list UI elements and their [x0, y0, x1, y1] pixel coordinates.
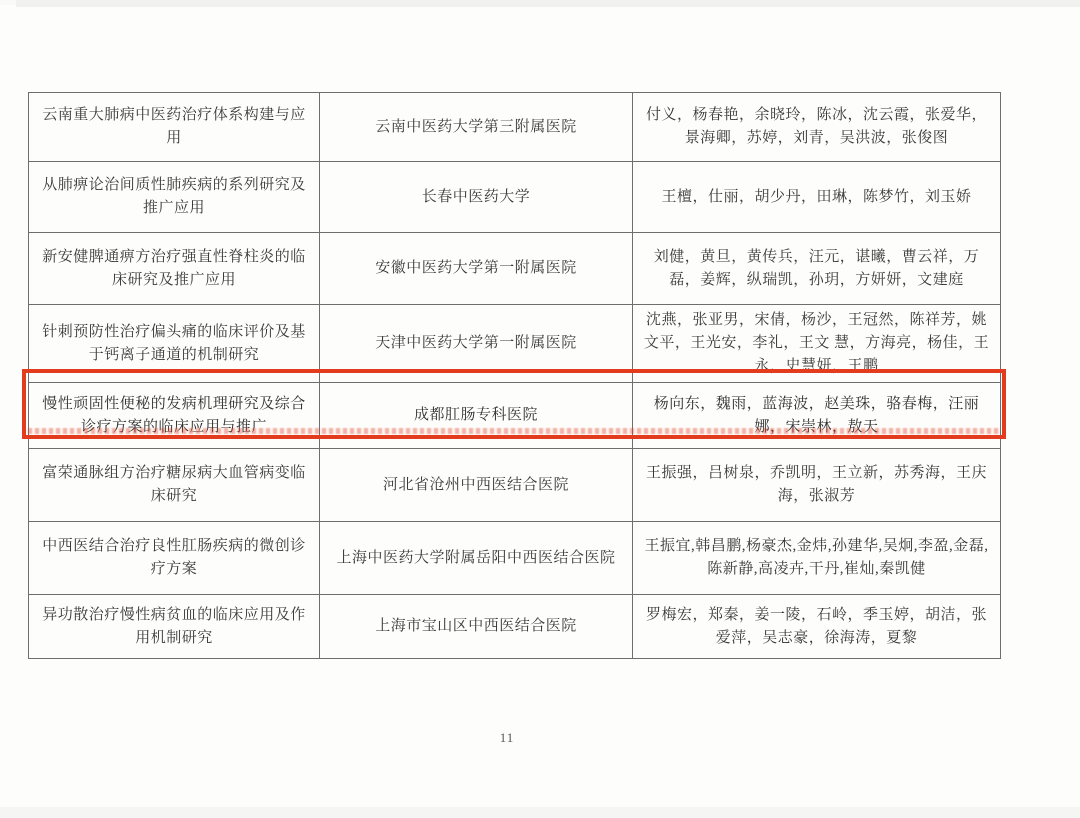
organization-cell: 河北省沧州中西医结合医院 [320, 449, 633, 522]
award-table: 云南重大肺病中医药治疗体系构建与应用 云南中医药大学第三附属医院 付义，杨春艳，… [28, 92, 1001, 659]
members-cell: 王振宜,韩昌鹏,杨豪杰,金炜,孙建华,吴炯,李盈,金磊,陈新静,高凌卉,干丹,崔… [633, 522, 1001, 595]
organization-cell: 上海市宝山区中西医结合医院 [320, 595, 633, 659]
organization-cell: 长春中医药大学 [320, 162, 633, 233]
members-cell: 付义，杨春艳，余晓玲，陈冰，沈云霞，张爱华，景海卿，苏婷，刘青，吴洪波，张俊图 [633, 93, 1001, 162]
award-table-container: 云南重大肺病中医药治疗体系构建与应用 云南中医药大学第三附属医院 付义，杨春艳，… [28, 92, 1000, 650]
scan-edge-corner [0, 0, 16, 5]
members-cell: 王振强，吕树泉，乔凯明，王立新，苏秀海，王庆海，张淑芳 [633, 449, 1001, 522]
table-row: 异功散治疗慢性病贫血的临床应用及作用机制研究 上海市宝山区中西医结合医院 罗梅宏… [29, 595, 1001, 659]
members-cell: 杨向东，魏雨，蓝海波，赵美珠，骆春梅，汪丽娜，宋崇林，敖天 [633, 383, 1001, 449]
project-cell: 针刺预防性治疗偏头痛的临床评价及基于钙离子通道的机制研究 [29, 305, 320, 383]
table-row: 针刺预防性治疗偏头痛的临床评价及基于钙离子通道的机制研究 天津中医药大学第一附属… [29, 305, 1001, 383]
project-cell: 云南重大肺病中医药治疗体系构建与应用 [29, 93, 320, 162]
table-row: 云南重大肺病中医药治疗体系构建与应用 云南中医药大学第三附属医院 付义，杨春艳，… [29, 93, 1001, 162]
table-row: 富荣通脉组方治疗糖尿病大血管病变临床研究 河北省沧州中西医结合医院 王振强，吕树… [29, 449, 1001, 522]
organization-cell: 上海中医药大学附属岳阳中西医结合医院 [320, 522, 633, 595]
members-cell: 刘健，黄旦，黄传兵，汪元，谌曦，曹云祥，万磊，姜辉，纵瑞凯，孙玥，方妍妍，文建庭 [633, 233, 1001, 305]
members-cell: 罗梅宏，郑秦，姜一陵，石岭，季玉婷，胡洁，张爱萍，吴志豪，徐海涛，夏黎 [633, 595, 1001, 659]
scan-edge-bottom [0, 807, 1080, 818]
table-row-highlighted: 慢性顽固性便秘的发病机理研究及综合诊疗方案的临床应用与推广 成都肛肠专科医院 杨… [29, 383, 1001, 449]
project-cell: 中西医结合治疗良性肛肠疾病的微创诊疗方案 [29, 522, 320, 595]
organization-cell: 成都肛肠专科医院 [320, 383, 633, 449]
project-cell: 从肺痹论治间质性肺疾病的系列研究及推广应用 [29, 162, 320, 233]
page-number: 11 [0, 730, 1014, 746]
project-cell: 慢性顽固性便秘的发病机理研究及综合诊疗方案的临床应用与推广 [29, 383, 320, 449]
table-row: 中西医结合治疗良性肛肠疾病的微创诊疗方案 上海中医药大学附属岳阳中西医结合医院 … [29, 522, 1001, 595]
project-cell: 富荣通脉组方治疗糖尿病大血管病变临床研究 [29, 449, 320, 522]
project-cell: 异功散治疗慢性病贫血的临床应用及作用机制研究 [29, 595, 320, 659]
scan-edge-top [16, 0, 1080, 7]
members-cell: 王檀，仕丽，胡少丹，田琳，陈梦竹，刘玉娇 [633, 162, 1001, 233]
organization-cell: 云南中医药大学第三附属医院 [320, 93, 633, 162]
members-cell: 沈燕，张亚男，宋倩，杨沙，王冠然，陈祥芳，姚文平，王光安，李礼，王文 慧，方海亮… [633, 305, 1001, 383]
organization-cell: 安徽中医药大学第一附属医院 [320, 233, 633, 305]
project-cell: 新安健脾通痹方治疗强直性脊柱炎的临床研究及推广应用 [29, 233, 320, 305]
table-row: 从肺痹论治间质性肺疾病的系列研究及推广应用 长春中医药大学 王檀，仕丽，胡少丹，… [29, 162, 1001, 233]
organization-cell: 天津中医药大学第一附属医院 [320, 305, 633, 383]
table-row: 新安健脾通痹方治疗强直性脊柱炎的临床研究及推广应用 安徽中医药大学第一附属医院 … [29, 233, 1001, 305]
